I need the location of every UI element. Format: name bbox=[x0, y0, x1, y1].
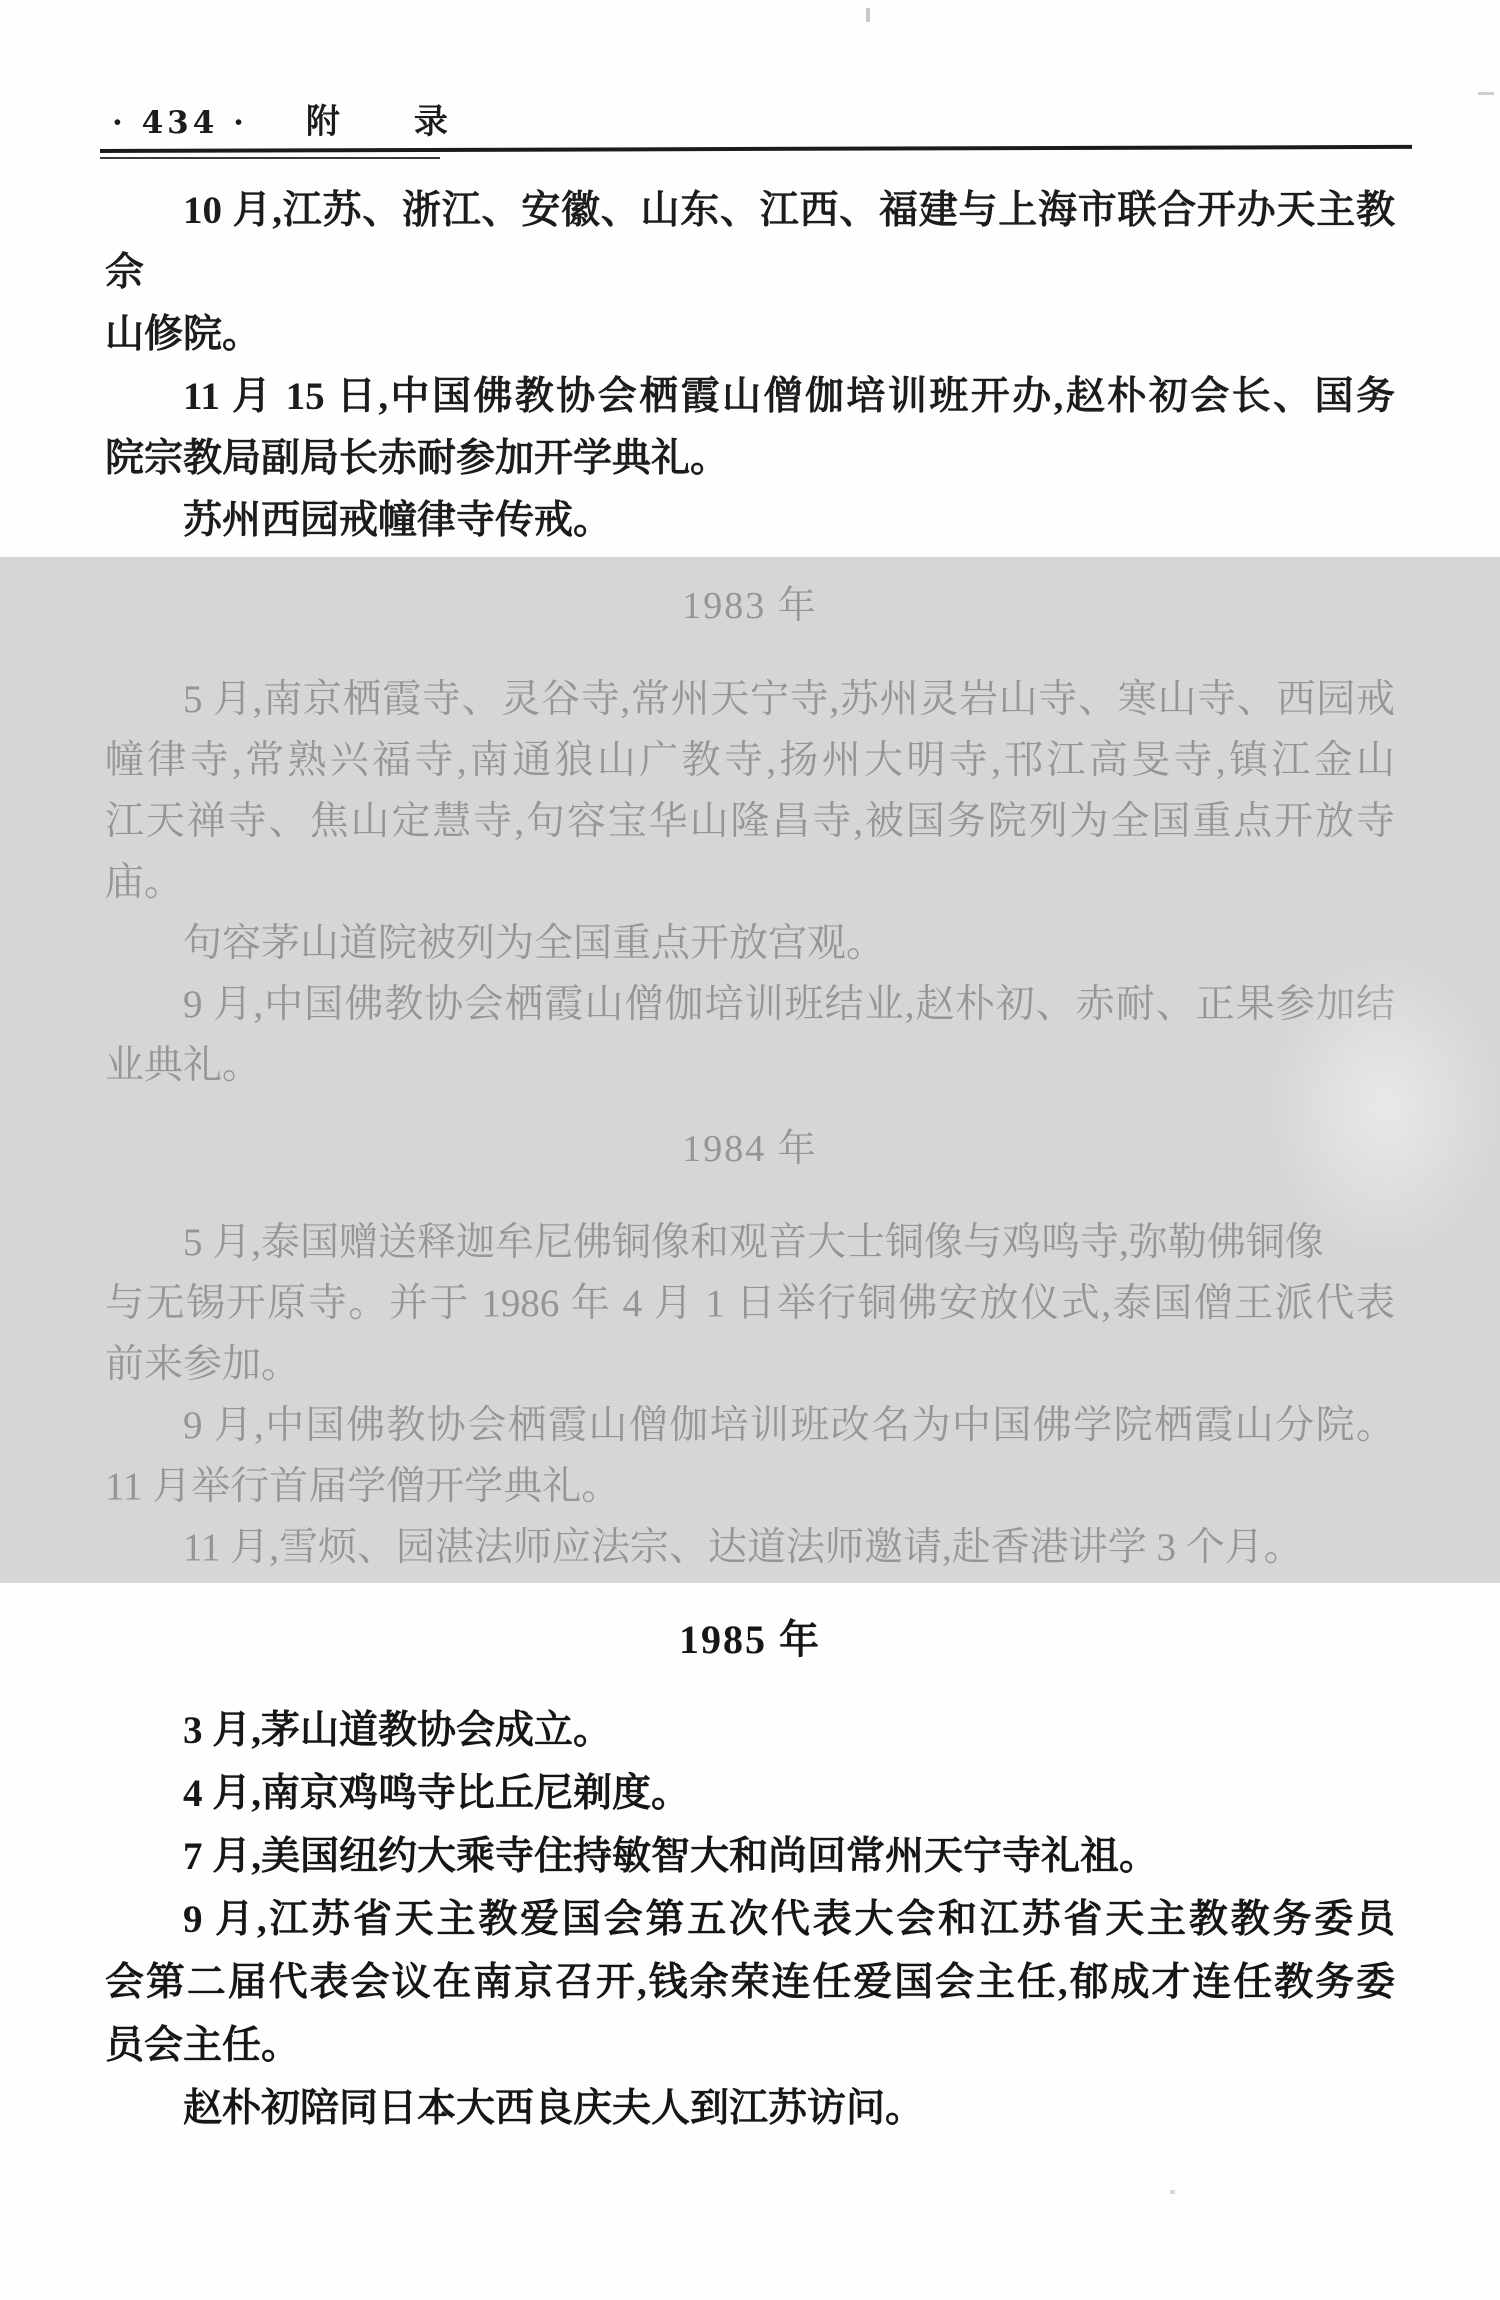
text-line: 与无锡开原寺。并于 1986 年 4 月 1 日举行铜佛安放仪式,泰国僧王派代表 bbox=[105, 1273, 1395, 1334]
page-number: · 434 · bbox=[112, 105, 248, 141]
text-line: 员会主任。 bbox=[105, 2014, 1395, 2077]
text-line: 院宗教局副局长赤耐参加开学典礼。 bbox=[105, 428, 1395, 490]
text-line: 江天禅寺、焦山定慧寺,句容宝华山隆昌寺,被国务院列为全国重点开放寺 bbox=[105, 791, 1395, 852]
text-line: 7 月,美国纽约大乘寺住持敏智大和尚回常州天宁寺礼祖。 bbox=[105, 1825, 1395, 1888]
text-line: 9 月,江苏省天主教爱国会第五次代表大会和江苏省天主教教务委员 bbox=[105, 1888, 1395, 1951]
text-line: 11 月举行首届学僧开学典礼。 bbox=[105, 1456, 1395, 1517]
text-line: 5 月,南京栖霞寺、灵谷寺,常州天宁寺,苏州灵岩山寺、寒山寺、西园戒 bbox=[105, 669, 1395, 730]
page-title-char-1: 附 bbox=[306, 94, 340, 143]
text-line: 前来参加。 bbox=[105, 1334, 1395, 1395]
text-line: 山修院。 bbox=[105, 304, 1395, 366]
text-line: 10 月,江苏、浙江、安徽、山东、江西、福建与上海市联合开办天主教佘 bbox=[105, 180, 1395, 304]
text-line: 4 月,南京鸡鸣寺比丘尼剃度。 bbox=[105, 1762, 1395, 1825]
header-rule bbox=[100, 145, 1412, 153]
text-line: 幢律寺,常熟兴福寺,南通狼山广教寺,扬州大明寺,邗江高旻寺,镇江金山 bbox=[105, 730, 1395, 791]
year-heading-1985: 1985 年 bbox=[105, 1605, 1395, 1675]
text-line: 9 月,中国佛教协会栖霞山僧伽培训班结业,赵朴初、赤耐、正果参加结 bbox=[105, 974, 1395, 1035]
year-heading-1984: 1984 年 bbox=[105, 1114, 1395, 1184]
text-line: 赵朴初陪同日本大西良庆夫人到江苏访问。 bbox=[105, 2077, 1395, 2140]
text-line: 庙。 bbox=[105, 852, 1395, 913]
scan-shading-band: 1983 年 5 月,南京栖霞寺、灵谷寺,常州天宁寺,苏州灵岩山寺、寒山寺、西园… bbox=[0, 557, 1500, 1583]
scanned-book-page: · 434 · 附 录 10 月,江苏、浙江、安徽、山东、江西、福建与上海市联合… bbox=[0, 0, 1500, 2300]
header-rule-secondary bbox=[100, 157, 440, 159]
scan-artifact-dash bbox=[1478, 92, 1494, 95]
scan-artifact-tick bbox=[866, 8, 870, 22]
intro-section: 10 月,江苏、浙江、安徽、山东、江西、福建与上海市联合开办天主教佘 山修院。 … bbox=[105, 180, 1395, 614]
year-section-1984: 5 月,泰国赠送释迦牟尼佛铜像和观音大士铜像与鸡鸣寺,弥勒佛铜像 与无锡开原寺。… bbox=[105, 1212, 1395, 1578]
text-line: 苏州西园戒幢律寺传戒。 bbox=[105, 490, 1395, 552]
text-line: 3 月,茅山道教协会成立。 bbox=[105, 1699, 1395, 1762]
page-header: · 434 · 附 录 bbox=[112, 94, 448, 143]
year-section-1983: 5 月,南京栖霞寺、灵谷寺,常州天宁寺,苏州灵岩山寺、寒山寺、西园戒 幢律寺,常… bbox=[105, 669, 1395, 1096]
year-heading-1983: 1983 年 bbox=[105, 571, 1395, 641]
text-line: 会第二届代表会议在南京召开,钱余荣连任爱国会主任,郁成才连任教务委 bbox=[105, 1951, 1395, 2014]
year-section-1985-lines: 3 月,茅山道教协会成立。 4 月,南京鸡鸣寺比丘尼剃度。 7 月,美国纽约大乘… bbox=[105, 1699, 1395, 2140]
year-section-1985: 1985 年 3 月,茅山道教协会成立。 4 月,南京鸡鸣寺比丘尼剃度。 7 月… bbox=[105, 1583, 1395, 2140]
shaded-text-area: 1983 年 5 月,南京栖霞寺、灵谷寺,常州天宁寺,苏州灵岩山寺、寒山寺、西园… bbox=[0, 571, 1500, 1578]
text-line: 9 月,中国佛教协会栖霞山僧伽培训班改名为中国佛学院栖霞山分院。 bbox=[105, 1395, 1395, 1456]
scan-artifact-dot bbox=[1170, 2190, 1175, 2194]
text-line: 业典礼。 bbox=[105, 1035, 1395, 1096]
text-line: 5 月,泰国赠送释迦牟尼佛铜像和观音大士铜像与鸡鸣寺,弥勒佛铜像 bbox=[105, 1212, 1395, 1273]
text-line: 句容茅山道院被列为全国重点开放宫观。 bbox=[105, 913, 1395, 974]
text-line: 11 月 15 日,中国佛教协会栖霞山僧伽培训班开办,赵朴初会长、国务 bbox=[105, 366, 1395, 428]
text-line: 11 月,雪烦、园湛法师应法宗、达道法师邀请,赴香港讲学 3 个月。 bbox=[105, 1517, 1395, 1578]
page-title-char-2: 录 bbox=[414, 94, 448, 143]
